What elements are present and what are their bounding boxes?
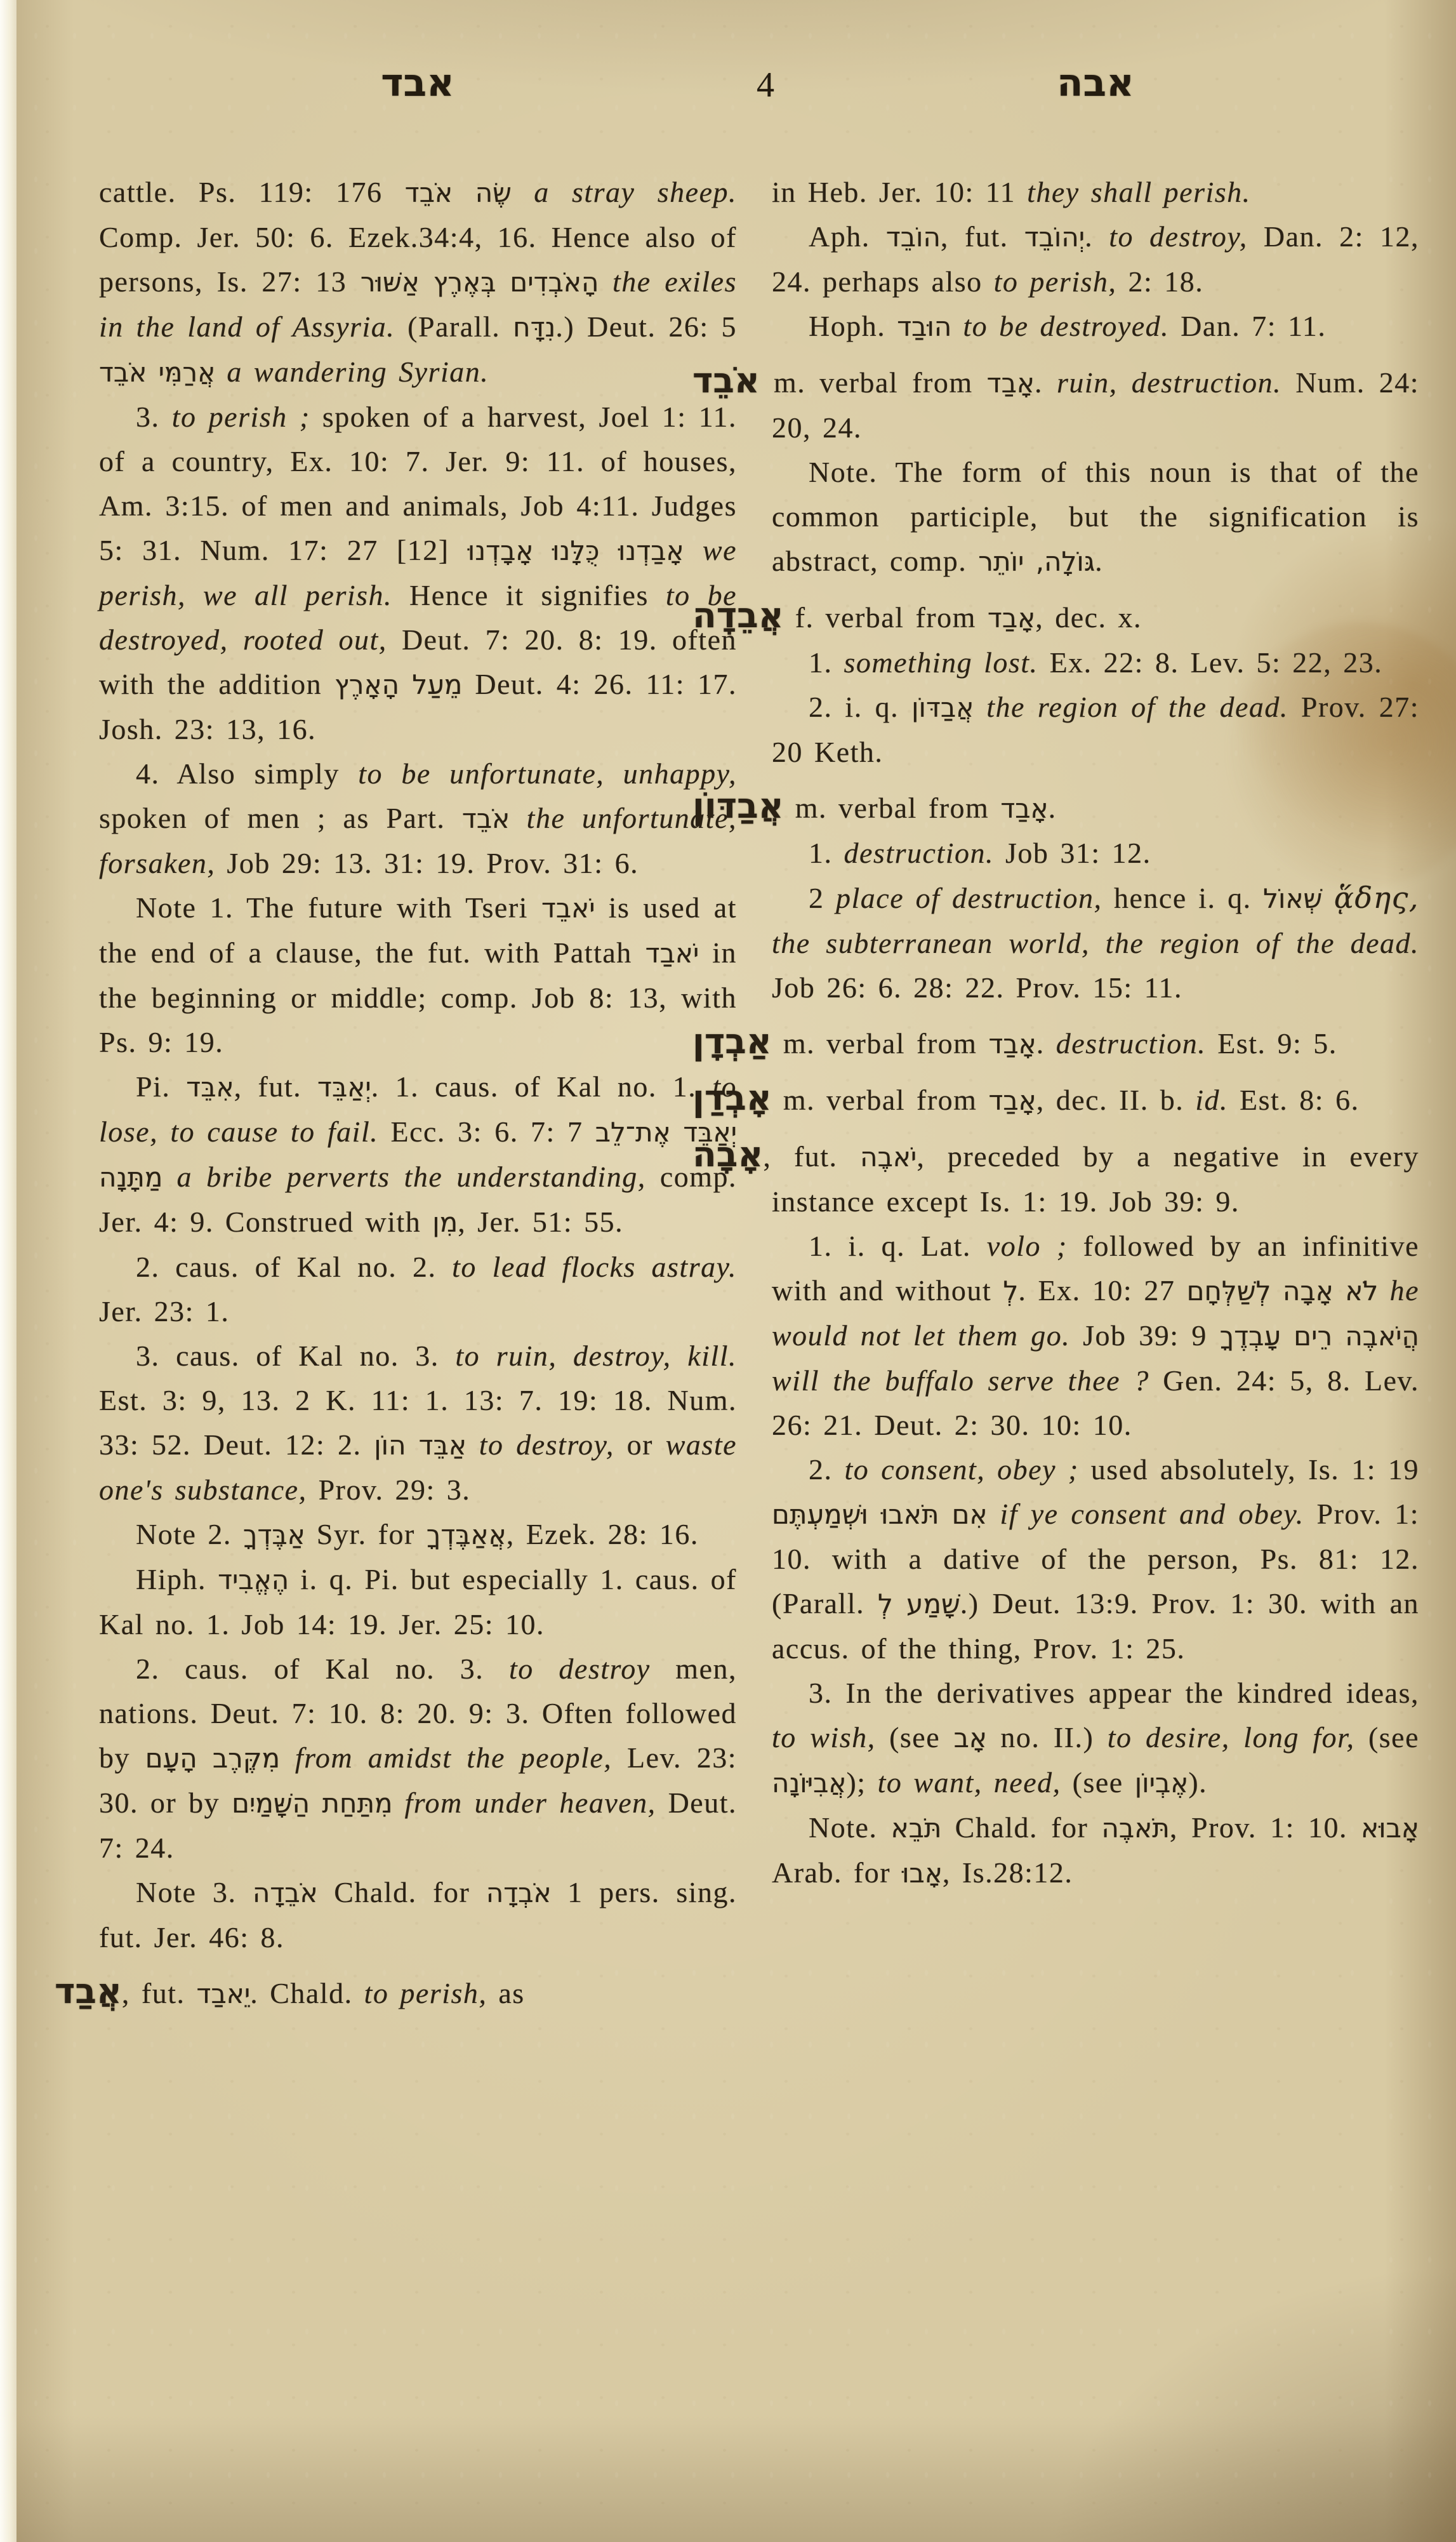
plain-text: Note 3. [136,1876,253,1908]
plain-text: (Parall. [395,310,513,343]
scanner-edge [0,0,17,2542]
hebrew-headword: אָבָה [692,1134,763,1175]
plain-text: m. verbal from [784,792,1001,824]
plain-text: as [487,1977,524,2009]
plain-text [1378,1274,1389,1307]
page-scan: אבד 4 אבה cattle. Ps. 119: 176 שֶׂה אֹבֵ… [17,0,1456,2542]
dictionary-paragraph: 2. i. q. אֲבַדּוֹן the region of the dea… [772,685,1419,775]
hebrew-text: אַבֵּד הוֹן [374,1430,467,1461]
dictionary-paragraph: cattle. Ps. 119: 176 שֶׂה אֹבֵד a stray … [99,170,737,395]
hebrew-headword: אֲבַדּוֹן [692,785,784,826]
plain-text: Syr. for [305,1518,427,1550]
hebrew-headword: אֲבַד [55,1971,122,2011]
italic-gloss: to be destroyed. [963,310,1169,342]
hebrew-text: הוּבַד [897,311,951,342]
plain-text: no. II.) [987,1721,1108,1753]
dictionary-paragraph: 2. caus. of Kal no. 3. to destroy men, n… [99,1647,737,1870]
plain-text: Job 39: 9 [1070,1319,1219,1352]
plain-text: spoken of men ; as Part. [99,802,462,834]
dictionary-paragraph: 3. caus. of Kal no. 3. to ruin, destroy,… [99,1334,737,1512]
dictionary-paragraph: 2. to consent, obey ; used absolutely, I… [772,1447,1419,1671]
plain-text: or [614,1428,666,1461]
plain-text: ). [1188,1766,1207,1799]
hebrew-text: אָבַד [1000,793,1048,824]
plain-text [988,1498,1000,1530]
plain-text: 2. caus. of Kal no. 2. [136,1251,452,1283]
plain-text: Chald. for [318,1876,486,1908]
italic-gloss: will the buffalo serve thee ? [772,1364,1149,1397]
hebrew-headword: אָבְדַן [692,1077,772,1118]
plain-text: Jer. 23: 1. [99,1295,229,1328]
dictionary-paragraph: 1. something lost. Ex. 22: 8. Lev. 5: 22… [772,641,1419,685]
italic-gloss: to perish ; [172,401,310,433]
hebrew-text: יֹאבֵד [541,893,595,924]
hebrew-text: אֹבֵד [462,803,510,834]
hebrew-text: הוֹבֵד [886,222,941,253]
plain-text: , Prov. 1: 10. [1170,1811,1361,1844]
plain-text: Job 29: 13. 31: 19. Prov. 31: 6. [215,847,639,879]
italic-gloss: to wish, [772,1721,876,1753]
plain-text: Dan. 7: 11. [1169,310,1326,342]
hebrew-text: אָבַד [988,602,1035,634]
italic-gloss: to destroy, [479,1428,614,1461]
dictionary-paragraph: אָבָה, fut. יֹאבֶה, preceded by a negati… [772,1132,1419,1224]
hebrew-text: מִתַּחַת הַשָּׁמַיִם [232,1788,392,1819]
plain-text: 1. [809,646,844,679]
hebrew-text: הֲיֹאבֶה רֵים עָבְדֶךָ [1220,1321,1419,1352]
hebrew-text: יֹאבֶה [860,1141,917,1173]
plain-text: ); [846,1766,877,1799]
plain-text [467,1428,479,1461]
dictionary-paragraph: אַבְדָן m. verbal from אָבַד. destructio… [772,1019,1419,1067]
plain-text: , fut. [941,220,1024,253]
plain-text: hence i. q. [1102,882,1263,914]
plain-text: (see [1354,1721,1419,1753]
italic-gloss: from under heaven, [405,1787,656,1819]
italic-gloss: to destroy [509,1653,651,1685]
hebrew-text: שֶׂה אֹבֵד [405,177,512,208]
hebrew-text: יְאַבֵּד [317,1072,371,1103]
plain-text: Arab. for [772,1856,902,1889]
plain-text: , Ezek. 28: 16. [506,1518,699,1550]
plain-text: (see [1061,1766,1135,1799]
dictionary-paragraph: Note. תֹּבֵא Chald. for תֹּאבֶה, Prov. 1… [772,1806,1419,1896]
plain-text: , fut. [234,1070,317,1103]
page-number: 4 [757,65,776,105]
plain-text: Hoph. [809,310,897,342]
hebrew-text: אֹבְדָה [486,1877,552,1908]
dictionary-paragraph: 1. destruction. Job 31: 12. [772,831,1419,875]
italic-gloss: to be unfortunate, unhappy, [358,757,737,790]
dictionary-paragraph: Hoph. הוּבַד to be destroyed. Dan. 7: 11… [772,304,1419,349]
italic-gloss: a stray sheep. [534,176,737,208]
hebrew-text: אָב [954,1722,987,1753]
plain-text: 3. In the derivatives appear the kindred… [809,1677,1419,1709]
hebrew-text: אִם תֹּאבוּ וּשְׁמַעְתֶּם [772,1499,988,1530]
dictionary-paragraph: אֹבֵד m. verbal from אָבַד. ruin, destru… [772,358,1419,450]
italic-gloss: destruction. [844,837,994,869]
plain-text [393,1787,405,1819]
plain-text: Note 2. [136,1518,243,1550]
dictionary-paragraph: אֲבֵדָה f. verbal from אָבַד, dec. x. [772,593,1419,641]
hebrew-text: יְהוֹבֵד [1024,222,1085,253]
plain-text: .) Deut. 26: 5 [555,310,737,343]
dictionary-paragraph: 3. to perish ; spoken of a harvest, Joel… [99,395,737,752]
plain-text: , dec. x. [1035,601,1142,634]
hebrew-text: הֶאֱבִיד [218,1564,289,1595]
plain-text [1322,882,1334,914]
italic-gloss: place of destruction, [836,882,1102,914]
plain-text [512,176,534,208]
plain-text: , fut. [763,1140,860,1173]
italic-gloss: the region of the dead. [986,691,1288,723]
plain-text: Est. 9: 5. [1206,1027,1337,1060]
hebrew-text: אָבַד [987,368,1035,399]
dictionary-paragraph: Pi. אִבֵּד, fut. יְאַבֵּד. 1. caus. of K… [99,1065,737,1245]
plain-text: (see [876,1721,954,1753]
plain-text [684,534,703,566]
plain-text: . [1035,366,1057,399]
hebrew-text: אָבוּ [902,1858,943,1889]
plain-text: 2: 18. [1116,265,1203,298]
plain-text: . Ex. 10: 27 [1018,1274,1186,1307]
hebrew-headword: אֲבֵדָה [692,595,784,635]
dictionary-paragraph: 2 place of destruction, hence i. q. שְׁא… [772,875,1419,1010]
plain-text: 3. caus. of Kal no. 3. [136,1340,455,1372]
header-keyword-left: אבד [381,61,454,105]
italic-gloss: a wandering Syrian. [227,356,489,388]
italic-gloss: ruin, destruction. [1057,366,1281,399]
plain-text: m. verbal from [772,1027,989,1060]
plain-text: f. verbal from [784,601,988,634]
plain-text: , Jer. 51: 55. [458,1206,623,1238]
dictionary-paragraph: Aph. הוֹבֵד, fut. יְהוֹבֵד. to destroy, … [772,215,1419,304]
dictionary-paragraph: 2. caus. of Kal no. 2. to lead flocks as… [99,1245,737,1334]
italic-gloss: to lead flocks astray. [452,1251,737,1283]
plain-text: 1. [809,837,844,869]
dictionary-paragraph: Note 1. The future with Tseri יֹאבֵד is … [99,886,737,1065]
hebrew-text: אֲאַבֶּדְךָ [427,1519,506,1550]
dictionary-paragraph: 4. Also simply to be unfortunate, unhapp… [99,752,737,886]
hebrew-text: אֹבֵדָה [253,1877,318,1908]
hebrew-text: אֶבְיוֹן [1135,1767,1189,1799]
plain-text: m. verbal from [760,366,987,399]
italic-gloss: to want, need, [878,1766,1061,1799]
hebrew-text: הָאֹבְדִים בְּאֶרֶץ אַשּׁוּר [361,267,599,298]
hebrew-text: גּוֹלָה, יוֹתֵר [978,546,1095,577]
plain-text: , dec. II. b. [1036,1084,1195,1116]
italic-gloss: the subterranean world, the region of th… [772,927,1419,959]
hebrew-headword: אַבְדָן [692,1021,772,1061]
hebrew-text: מִקֶּרֶב הָעָם [145,1743,280,1774]
hebrew-text: אֲרַמִּי אֹבֵד [99,357,215,388]
text-body: cattle. Ps. 119: 176 שֶׂה אֹבֵד a stray … [99,170,1419,2016]
italic-gloss: to desire, long for, [1108,1721,1355,1753]
hebrew-text: אָבַדְנוּ כֻּלָּנוּ אָבָדְנוּ [468,535,684,566]
hebrew-text: שְׁאוֹל [1263,883,1322,914]
dictionary-paragraph: in Heb. Jer. 10: 11 they shall perish. [772,170,1419,215]
plain-text: , fut. [122,1977,197,2009]
italic-gloss: to destroy, [1109,220,1248,253]
header-keyword-right: אבה [1057,61,1134,105]
plain-text: Pi. [136,1070,186,1103]
dictionary-paragraph: Hiph. הֶאֱבִיד i. q. Pi. but especially … [99,1557,737,1647]
plain-text: Job 26: 6. 28: 22. Prov. 15: 11. [772,971,1182,1004]
hebrew-text: מִן [432,1207,458,1238]
italic-gloss: from amidst the people, [295,1741,612,1774]
plain-text: used absolutely, Is. 1: 19 [1079,1453,1419,1486]
italic-gloss: to perish, [364,1977,487,2009]
plain-text: Job 31: 12. [994,837,1151,869]
italic-gloss: they shall perish. [1027,176,1251,208]
plain-text: Prov. 29: 3. [307,1474,471,1506]
italic-gloss: a bribe perverts the understanding, [177,1161,646,1193]
plain-text: 2 [809,882,836,914]
hebrew-headword: אֹבֵד [692,360,760,401]
hebrew-text: לְ [1003,1275,1018,1307]
hebrew-text: תֹּאבֶה [1101,1813,1169,1844]
plain-text: . Chald. [250,1977,364,2009]
plain-text: 1. i. q. Lat. [809,1230,987,1262]
hebrew-text: מֵעַל הָאָרֶץ [334,669,462,700]
italic-gloss: to consent, obey ; [844,1453,1078,1486]
plain-text: . 1. caus. of Kal no. 1. [371,1070,712,1103]
dictionary-paragraph: אֲבַד, fut. יֵאבַד. Chald. to perish, as [99,1969,737,2016]
hebrew-text: אֲבִיּוֹנָה [772,1767,846,1799]
hebrew-text: יֵאבַד [197,1978,251,2009]
dictionary-paragraph: אָבְדַן m. verbal from אָבַד, dec. II. b… [772,1075,1419,1123]
text-column-right: in Heb. Jer. 10: 11 they shall perish.Ap… [772,170,1419,1896]
plain-text [510,802,526,834]
plain-text: 2. [809,1453,844,1486]
plain-text: , Is.28:12. [943,1856,1073,1889]
plain-text: . [1095,545,1103,577]
plain-text: . [1085,220,1109,253]
plain-text [974,691,986,723]
italic-gloss: id. [1195,1084,1228,1116]
italic-gloss: if ye consent and obey. [1000,1498,1304,1530]
plain-text: 2. i. q. [809,691,911,723]
hebrew-text: אַבֶּדְךָ [243,1519,305,1550]
dictionary-paragraph: 3. In the derivatives appear the kindred… [772,1671,1419,1806]
dictionary-paragraph: Note 3. אֹבֵדָה Chald. for אֹבְדָה 1 per… [99,1870,737,1960]
hebrew-text: אָבַד [988,1085,1036,1116]
greek-text: ᾅδης, [1334,881,1419,915]
text-column-left: cattle. Ps. 119: 176 שֶׂה אֹבֵד a stray … [99,170,737,2016]
plain-text: Hence it signifies [392,579,666,611]
plain-text: 4. Also simply [136,757,358,790]
plain-text [215,356,227,388]
plain-text: cattle. Ps. 119: 176 [99,176,405,208]
plain-text: Est. 8: 6. [1228,1084,1360,1116]
dictionary-paragraph: Note. The form of this noun is that of t… [772,450,1419,584]
italic-gloss: to perish, [994,265,1117,298]
plain-text: in Heb. Jer. 10: 11 [772,176,1027,208]
dictionary-paragraph: אֲבַדּוֹן m. verbal from אָבַד. [772,783,1419,831]
plain-text: Ecc. 3: 6. 7: 7 [378,1115,595,1148]
hebrew-text: אִבֵּד [186,1072,234,1103]
plain-text: Aph. [809,220,886,253]
plain-text: Hiph. [136,1563,218,1595]
plain-text [280,1741,295,1774]
dictionary-paragraph: Note 2. אַבֶּדְךָ Syr. for אֲאַבֶּדְךָ, … [99,1512,737,1557]
plain-text: Note. [809,1811,891,1844]
hebrew-text: תֹּבֵא [891,1813,942,1844]
hebrew-text: נִדָּח [513,312,555,343]
hebrew-text: שָׁמַע לְ [878,1588,960,1620]
plain-text: . [1036,1027,1056,1060]
plain-text: Note 1. The future with Tseri [136,891,541,924]
plain-text: m. verbal from [772,1084,989,1116]
page-header: אבד 4 אבה [17,61,1456,163]
plain-text: Ex. 22: 8. Lev. 5: 22, 23. [1038,646,1383,679]
plain-text: 3. [136,401,172,433]
dictionary-paragraph: 1. i. q. Lat. volo ; followed by an infi… [772,1224,1419,1447]
hebrew-text: אָבַד [988,1028,1036,1060]
italic-gloss: something lost. [844,646,1038,679]
italic-gloss: destruction. [1056,1027,1206,1060]
plain-text [951,310,963,342]
hebrew-text: לֹא אָבָה לְשַׁלְּחָם [1187,1275,1379,1307]
plain-text: Chald. for [942,1811,1102,1844]
hebrew-text: יֹאבַד [645,938,699,969]
italic-gloss: volo ; [987,1230,1068,1262]
hebrew-text: אָבוּא [1361,1813,1419,1844]
hebrew-text: אֲבַדּוֹן [911,692,974,723]
plain-text: . [1049,792,1057,824]
italic-gloss: to ruin, destroy, kill. [455,1340,737,1372]
plain-text: 2. caus. of Kal no. 3. [136,1653,509,1685]
plain-text [599,265,612,298]
plain-text [162,1161,176,1193]
